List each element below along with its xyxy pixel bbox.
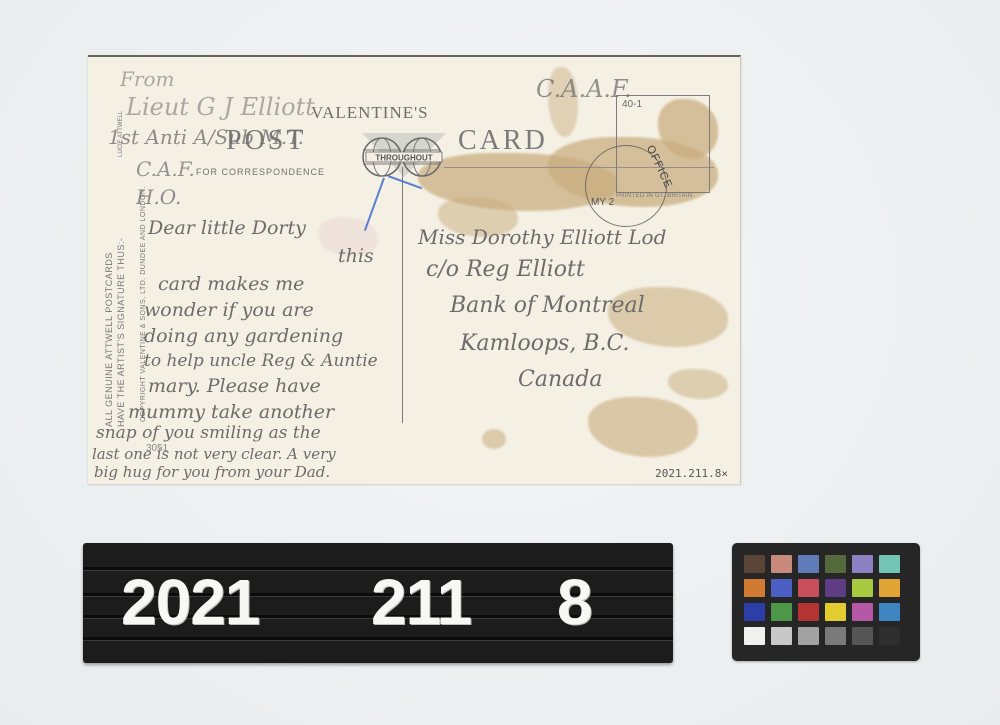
sender-line: From xyxy=(120,67,174,91)
message-line: big hug for you from your Dad. xyxy=(94,463,330,481)
color-patch xyxy=(798,603,819,621)
message-line: card makes me xyxy=(158,273,304,295)
address-line: Canada xyxy=(518,367,602,392)
postcard-back: VALENTINE'S POST CARD THROUGHOUT FOR COR… xyxy=(88,55,741,484)
color-patch xyxy=(825,627,846,645)
sender-line: 1st Anti A/Sub M.T. xyxy=(108,125,304,149)
color-patch xyxy=(879,627,900,645)
unit-note: C.A.A.F. xyxy=(536,75,632,103)
message-line: doing any gardening xyxy=(144,325,343,347)
color-patch xyxy=(744,627,765,645)
publisher-brand: VALENTINE'S xyxy=(311,103,429,123)
message-line: this xyxy=(338,245,374,267)
message-line: last one is not very clear. A very xyxy=(92,445,336,463)
address-line: c/o Reg Elliott xyxy=(426,257,585,282)
sender-line: C.A.F. xyxy=(136,157,195,181)
color-checker-card xyxy=(732,543,920,661)
card-label: CARD xyxy=(458,125,548,157)
correspondence-label: FOR CORRESPONDENCE xyxy=(196,167,325,177)
color-patch xyxy=(825,579,846,597)
color-patch xyxy=(852,603,873,621)
catalog-number-board: 2021 211 8 xyxy=(83,543,673,663)
color-patch xyxy=(825,555,846,573)
color-patch xyxy=(798,627,819,645)
address-line: Miss Dorothy Elliott Lod xyxy=(418,225,666,249)
message-line: mummy take another xyxy=(128,401,334,423)
board-lot: 211 xyxy=(371,565,471,639)
color-patch xyxy=(744,579,765,597)
blue-pen-mark xyxy=(364,178,385,231)
svg-text:THROUGHOUT: THROUGHOUT xyxy=(375,154,432,163)
side-text-signature: HAVE THE ARTIST'S SIGNATURE THUS:- xyxy=(116,238,126,427)
message-line: mary. Please have xyxy=(148,375,321,397)
color-patch xyxy=(825,603,846,621)
color-patch xyxy=(771,603,792,621)
color-patch xyxy=(771,555,792,573)
stain xyxy=(482,429,506,449)
color-patch xyxy=(771,627,792,645)
side-text-attwell: ALL GENUINE ATTWELL POSTCARDS xyxy=(104,252,114,427)
sender-line: H.O. xyxy=(136,185,181,209)
address-line: Kamloops, B.C. xyxy=(460,331,630,356)
color-patch xyxy=(744,555,765,573)
message-line: snap of you smiling as the xyxy=(96,423,321,443)
board-year: 2021 xyxy=(121,565,259,639)
color-patch xyxy=(798,555,819,573)
color-patch xyxy=(798,579,819,597)
color-patch xyxy=(852,627,873,645)
color-patch xyxy=(771,579,792,597)
stain xyxy=(668,369,728,399)
message-line: to help uncle Reg & Auntie xyxy=(144,351,378,371)
color-patch xyxy=(852,579,873,597)
color-patch xyxy=(744,603,765,621)
postmark-date: MY 2 xyxy=(591,197,614,208)
color-patch xyxy=(879,603,900,621)
divider-line xyxy=(402,167,403,423)
color-patch xyxy=(879,579,900,597)
sender-line: Lieut G J Elliott xyxy=(126,93,315,121)
message-line: Dear little Dorty xyxy=(148,217,306,239)
color-patch xyxy=(879,555,900,573)
color-patch xyxy=(852,555,873,573)
board-item: 8 xyxy=(557,565,592,639)
globe-logo-icon: THROUGHOUT xyxy=(358,131,450,179)
address-line: Bank of Montreal xyxy=(450,293,645,318)
stain xyxy=(588,397,698,457)
message-line: wonder if you are xyxy=(144,299,314,321)
color-patch-grid xyxy=(744,555,900,645)
catalog-number-note: 2021.211.8× xyxy=(655,467,728,480)
